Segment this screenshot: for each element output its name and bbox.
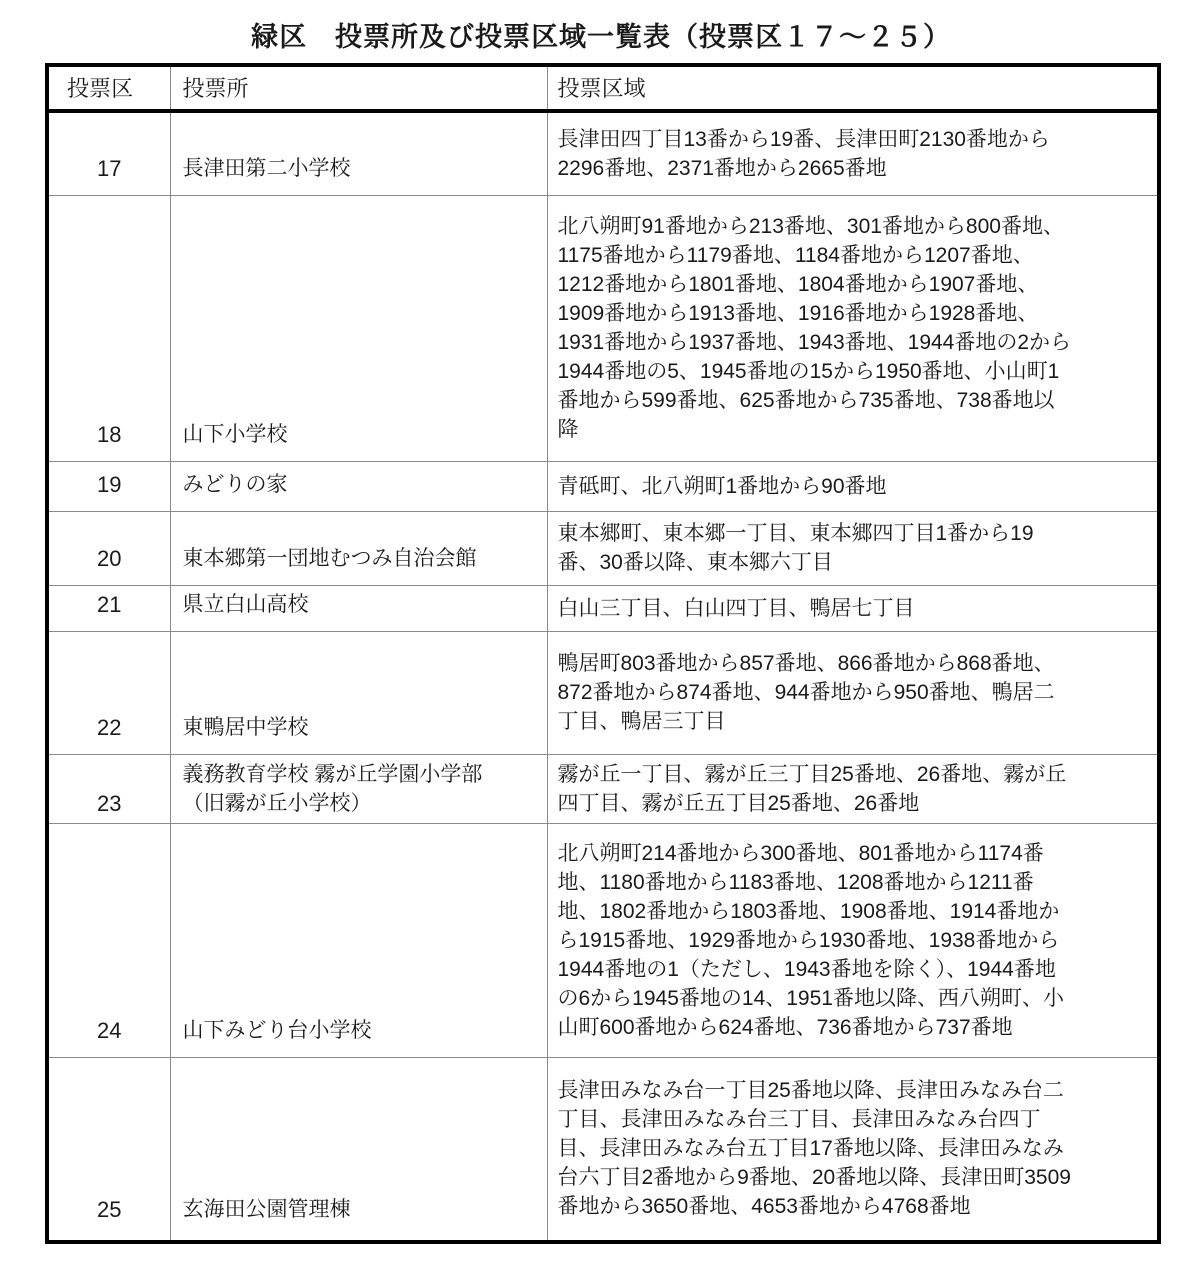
- district-cell: 24: [47, 823, 170, 1057]
- document-page: 緑区 投票所及び投票区域一覧表（投票区１７～２５） 投票区 投票所 投票区域 1…: [0, 0, 1202, 1285]
- table-row: 17 長津田第二小学校 長津田四丁目13番から19番、長津田町2130番地から …: [47, 111, 1159, 195]
- page-title: 緑区 投票所及び投票区域一覧表（投票区１７～２５）: [0, 15, 1202, 54]
- station-cell: 玄海田公園管理棟: [170, 1057, 547, 1242]
- column-header-district: 投票区: [47, 65, 170, 111]
- station-cell: 県立白山高校: [170, 585, 547, 631]
- column-header-area: 投票区域: [547, 65, 1159, 111]
- station-cell: 長津田第二小学校: [170, 111, 547, 195]
- station-cell: 東鴨居中学校: [170, 631, 547, 754]
- polling-station-table: 投票区 投票所 投票区域 17 長津田第二小学校 長津田四丁目13番から19番、…: [45, 63, 1161, 1244]
- table-row: 23 義務教育学校 霧が丘学園小学部 （旧霧が丘小学校） 霧が丘一丁目、霧が丘三…: [47, 754, 1159, 823]
- area-cell: 青砥町、北八朔町1番地から90番地: [547, 461, 1159, 511]
- district-cell: 18: [47, 195, 170, 461]
- area-cell: 鴨居町803番地から857番地、866番地から868番地、 872番地から874…: [547, 631, 1159, 754]
- district-cell: 25: [47, 1057, 170, 1242]
- area-cell: 白山三丁目、白山四丁目、鴨居七丁目: [547, 585, 1159, 631]
- area-cell: 長津田みなみ台一丁目25番地以降、長津田みなみ台二 丁目、長津田みなみ台三丁目、…: [547, 1057, 1159, 1242]
- table-row: 21 県立白山高校 白山三丁目、白山四丁目、鴨居七丁目: [47, 585, 1159, 631]
- table-row: 19 みどりの家 青砥町、北八朔町1番地から90番地: [47, 461, 1159, 511]
- table-row: 25 玄海田公園管理棟 長津田みなみ台一丁目25番地以降、長津田みなみ台二 丁目…: [47, 1057, 1159, 1242]
- table-row: 22 東鴨居中学校 鴨居町803番地から857番地、866番地から868番地、 …: [47, 631, 1159, 754]
- station-cell: 東本郷第一団地むつみ自治会館: [170, 511, 547, 585]
- header-row: 投票区 投票所 投票区域: [47, 65, 1159, 111]
- area-cell: 霧が丘一丁目、霧が丘三丁目25番地、26番地、霧が丘 四丁目、霧が丘五丁目25番…: [547, 754, 1159, 823]
- district-cell: 22: [47, 631, 170, 754]
- station-cell: 義務教育学校 霧が丘学園小学部 （旧霧が丘小学校）: [170, 754, 547, 823]
- area-cell: 東本郷町、東本郷一丁目、東本郷四丁目1番から19 番、30番以降、東本郷六丁目: [547, 511, 1159, 585]
- table-row: 18 山下小学校 北八朔町91番地から213番地、301番地から800番地、 1…: [47, 195, 1159, 461]
- table-row: 24 山下みどり台小学校 北八朔町214番地から300番地、801番地から117…: [47, 823, 1159, 1057]
- district-cell: 21: [47, 585, 170, 631]
- station-cell: 山下小学校: [170, 195, 547, 461]
- area-cell: 北八朔町91番地から213番地、301番地から800番地、 1175番地から11…: [547, 195, 1159, 461]
- area-cell: 長津田四丁目13番から19番、長津田町2130番地から 2296番地、2371番…: [547, 111, 1159, 195]
- table-row: 20 東本郷第一団地むつみ自治会館 東本郷町、東本郷一丁目、東本郷四丁目1番から…: [47, 511, 1159, 585]
- column-header-station: 投票所: [170, 65, 547, 111]
- area-cell: 北八朔町214番地から300番地、801番地から1174番 地、1180番地から…: [547, 823, 1159, 1057]
- district-cell: 23: [47, 754, 170, 823]
- district-cell: 20: [47, 511, 170, 585]
- station-cell: みどりの家: [170, 461, 547, 511]
- district-cell: 19: [47, 461, 170, 511]
- district-cell: 17: [47, 111, 170, 195]
- station-cell: 山下みどり台小学校: [170, 823, 547, 1057]
